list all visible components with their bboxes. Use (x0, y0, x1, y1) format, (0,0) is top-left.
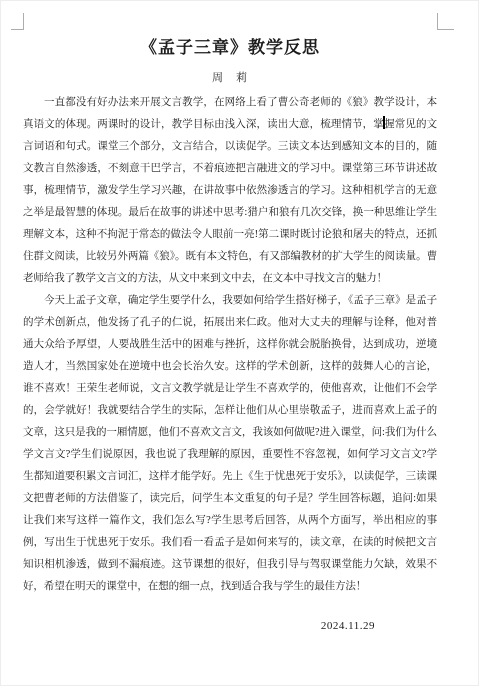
paragraph-1[interactable]: 一直都没有好办法来开展文言教学，在网络上看了曹公奇老师的《狼》教学设计，本真语文… (23, 92, 437, 290)
paragraph-2[interactable]: 今天上孟子文章，确定学生要学什么，我要如何给学生搭好梯子，《孟子三章》是孟子的学… (23, 290, 437, 598)
document-author[interactable]: 周 莉 (23, 70, 437, 86)
paragraph-1-text-before-caret: 一直都没有好办法来开展文言教学，在网络上看了曹公奇老师的《狼》教学设计，本真语文… (23, 97, 437, 130)
document-page: 《孟子三章》教学反思 周 莉 一直都没有好办法来开展文言教学，在网络上看了曹公奇… (0, 0, 479, 686)
document-date[interactable]: 2024.11.29 (23, 618, 437, 634)
paragraph-1-text-after-caret: 握常见的文言词语和句式。课堂三个部分，文言结合，以读促学。三读文本达到感知文本的… (23, 119, 437, 284)
margin-crop-mark-top-right (437, 13, 454, 30)
margin-crop-mark-top-left (11, 13, 24, 30)
document-body: 一直都没有好办法来开展文言教学，在网络上看了曹公奇老师的《狼》教学设计，本真语文… (23, 92, 437, 634)
document-content: 《孟子三章》教学反思 周 莉 一直都没有好办法来开展文言教学，在网络上看了曹公奇… (23, 29, 437, 634)
document-title[interactable]: 《孟子三章》教学反思 (23, 35, 437, 61)
